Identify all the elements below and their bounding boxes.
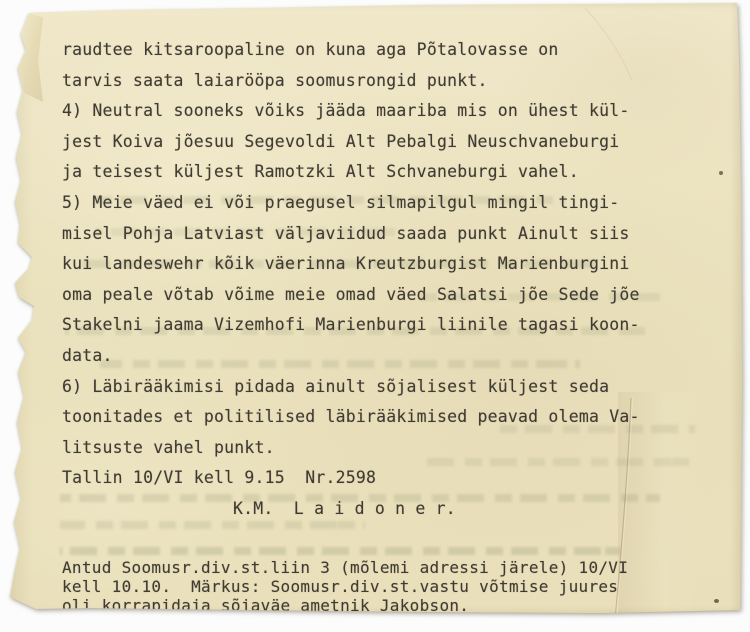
bleedthrough-smudge <box>60 547 620 555</box>
text-line: litsuste vahel punkt. <box>62 433 722 464</box>
text-line: 5) Meie väed ei või praegusel silmapilgu… <box>62 188 722 219</box>
text-line: data. <box>62 341 722 372</box>
text-line: Stakelni jaama Vizemhofi Marienburgi lii… <box>62 310 722 341</box>
top-edge-shading <box>0 0 750 10</box>
text-line: tarvis saata laiarööpa soomusrongid punk… <box>62 66 722 97</box>
top-left-tear-flap <box>16 10 43 102</box>
typewritten-body: raudtee kitsaroopaline on kuna aga Põtal… <box>62 35 722 525</box>
delivery-note-line: kell 10.10. Märkus: Soomusr.div.st.vastu… <box>62 578 702 597</box>
text-line: 6) Läbirääkimisi pidada ainult sõjalises… <box>62 372 722 403</box>
paper-sheet: raudtee kitsaroopaline on kuna aga Põtal… <box>0 0 750 632</box>
text-line: 4) Neutral sooneks võiks jääda maariba m… <box>62 96 722 127</box>
text-line: raudtee kitsaroopaline on kuna aga Põtal… <box>62 35 722 66</box>
paper-shadow-wrap: raudtee kitsaroopaline on kuna aga Põtal… <box>0 0 750 632</box>
paper-speck <box>714 599 719 603</box>
text-line: misel Pohja Latviast väljaviidud saada p… <box>62 219 722 250</box>
text-line: ja teisest küljest Ramotzki Alt Schvaneb… <box>62 157 722 188</box>
text-line: kui landeswehr kõik väerinna Kreutzburgi… <box>62 249 722 280</box>
scan-background: raudtee kitsaroopaline on kuna aga Põtal… <box>0 0 750 632</box>
delivery-note-line: Antud Soomusr.div.st.liin 3 (mõlemi adre… <box>62 559 702 578</box>
delivery-note: Antud Soomusr.div.st.liin 3 (mõlemi adre… <box>62 559 702 615</box>
dateline: Tallin 10/VI kell 9.15 Nr.2598 <box>62 463 722 494</box>
signature-line: K.M. L a i d o n e r. <box>62 494 722 525</box>
delivery-note-line: oli korrapidaja sõjaväe ametnik Jakobson… <box>62 597 702 616</box>
text-line: jest Koiva jõesuu Segevoldi Alt Pebalgi … <box>62 127 722 158</box>
text-line: toonitades et politilised läbirääkimised… <box>62 402 722 433</box>
text-line: oma peale võtab võime meie omad väed Sal… <box>62 280 722 311</box>
left-torn-edge-shading <box>0 0 32 632</box>
